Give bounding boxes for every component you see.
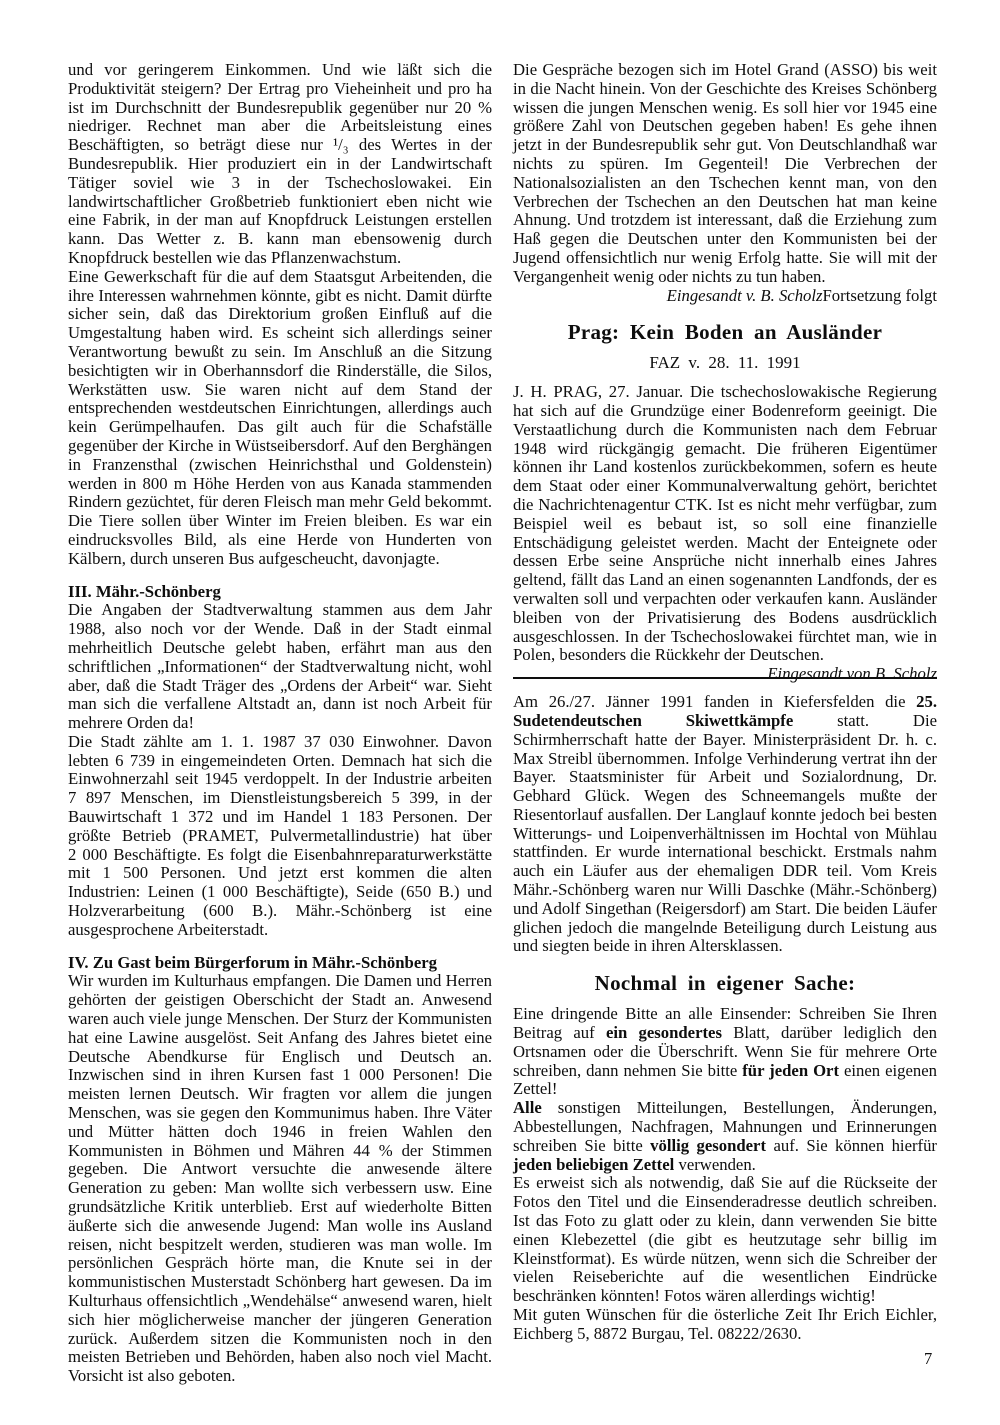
notice-p2-bold-1: Alle [513, 1098, 542, 1117]
notice-paragraph-2: Alle sonstigen Mitteilungen, Bestellunge… [513, 1099, 937, 1174]
paragraph-economy: und vor geringerem Einkommen. Und wie lä… [68, 61, 492, 268]
paragraph-city-info: Die Angaben der Stadtverwaltung stammen … [68, 601, 492, 733]
right-column: Die Gespräche bezogen sich im Hotel Gran… [513, 61, 937, 1386]
article-source-faz: FAZ v. 28. 11. 1991 [513, 354, 937, 373]
two-column-layout: und vor geringerem Einkommen. Und wie lä… [68, 61, 937, 1386]
notice-p2-text-2: auf. Sie können hierfür [766, 1136, 937, 1155]
paragraph-prag-article: J. H. PRAG, 27. Januar. Die tschechoslow… [513, 383, 937, 665]
paragraph-buergerforum: Wir wurden im Kulturhaus empfangen. Die … [68, 972, 492, 1386]
document-page: und vor geringerem Einkommen. Und wie lä… [0, 0, 1000, 1425]
paragraph-hotel-talks: Die Gespräche bezogen sich im Hotel Gran… [513, 61, 937, 287]
ski-report-text-1: Am 26./27. Jänner 1991 fanden in Kiefers… [513, 692, 916, 711]
ski-report-text-2: statt. Die Schirmherrschaft hatte der Ba… [513, 711, 937, 956]
notice-paragraph-4: Mit guten Wünschen für die österliche Ze… [513, 1306, 937, 1344]
notice-paragraph-3: Es erweist sich als notwendig, daß Sie a… [513, 1174, 937, 1306]
section-heading-iv-buergerforum: IV. Zu Gast beim Bürgerforum in Mähr.-Sc… [68, 954, 492, 973]
notice-title: Nochmal in eigener Sache: [513, 971, 937, 995]
notice-p2-bold-2: völlig gesondert [650, 1136, 766, 1155]
notice-paragraph-1: Eine dringende Bitte an alle Einsender: … [513, 1005, 937, 1099]
notice-p2-text-3: verwenden. [674, 1155, 756, 1174]
article-title-prag: Prag: Kein Boden an Ausländer [513, 320, 937, 344]
continuation-note: Fortsetzung folgt [823, 287, 937, 306]
notice-p1-bold-2: für jeden Ort [742, 1061, 839, 1080]
submitter-credit-prag: Eingesandt von B. Scholz [767, 665, 937, 684]
paragraph-ski-report: Am 26./27. Jänner 1991 fanden in Kiefers… [513, 693, 937, 956]
left-column: und vor geringerem Einkommen. Und wie lä… [68, 61, 492, 1386]
section-heading-iii-maehr-schoenberg: III. Mähr.-Schönberg [68, 583, 492, 602]
notice-p1-bold-1: ein gesondertes [606, 1023, 722, 1042]
page-number: 7 [924, 1349, 932, 1369]
paragraph-hotel-talks-text: Die Gespräche bezogen sich im Hotel Gran… [513, 60, 937, 286]
paragraph-city-statistics: Die Stadt zählte am 1. 1. 1987 37 030 Ei… [68, 733, 492, 940]
paragraph-farm-visit: Eine Gewerkschaft für die auf dem Staats… [68, 268, 492, 569]
paragraph-prag-article-text: J. H. PRAG, 27. Januar. Die tschechoslow… [513, 382, 937, 664]
notice-p2-bold-3: jeden beliebigen Zettel [513, 1155, 674, 1174]
